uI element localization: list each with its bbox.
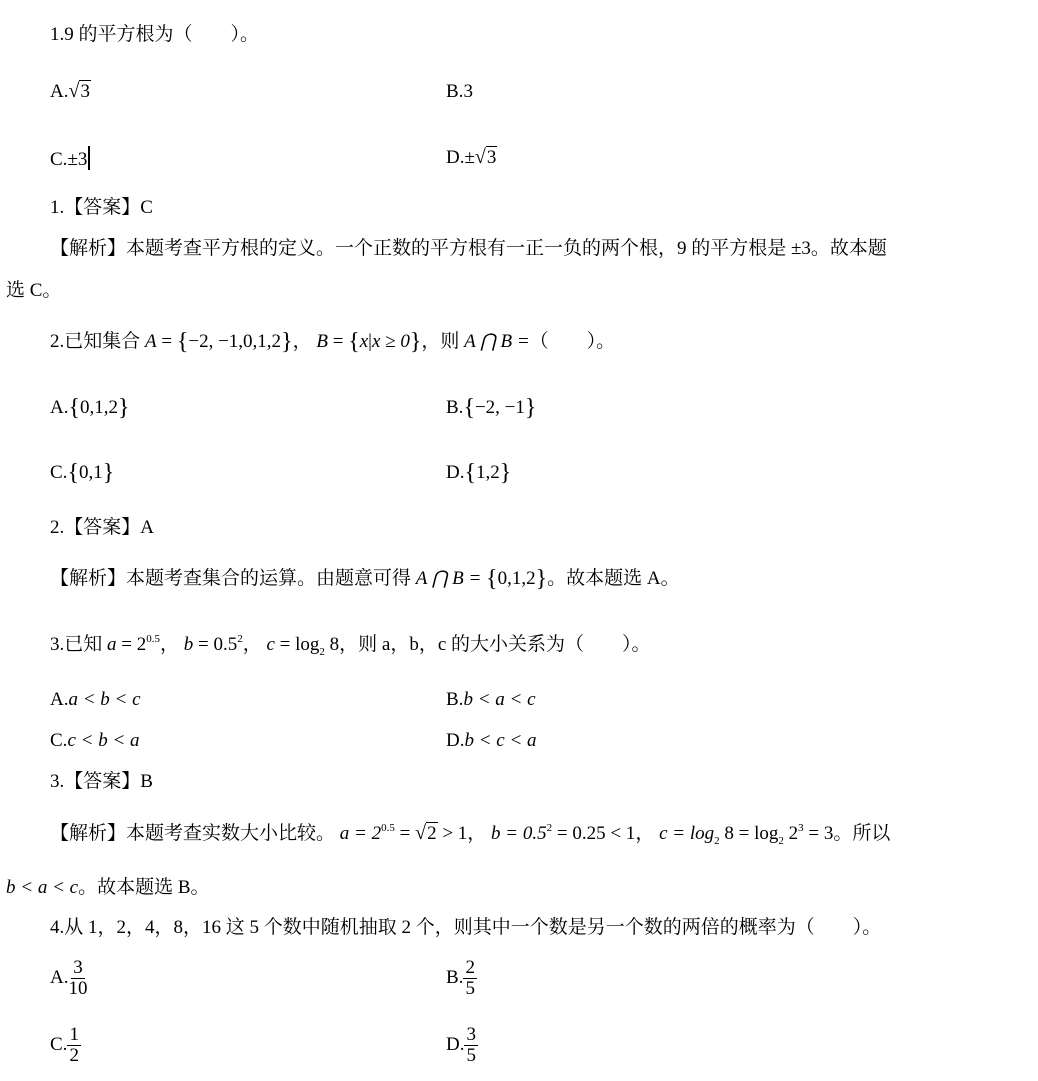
q2-option-b[interactable]: B.{−2, −1}	[446, 396, 536, 420]
sqrt-symbol: 3	[475, 146, 498, 170]
q3-option-b[interactable]: B.b < a < c	[446, 688, 536, 712]
q3-stem: 3.已知 a = 20.5， b = 0.52， c = log2 8，则 a，…	[50, 633, 651, 657]
q2-option-a[interactable]: A.{0,1,2}	[50, 396, 130, 420]
q1-option-c[interactable]: C.±3	[50, 146, 90, 172]
q4-option-d[interactable]: D.35	[446, 1025, 478, 1066]
q4-option-a[interactable]: A.310	[50, 958, 87, 999]
q2-analysis: 【解析】本题考查集合的运算。由题意可得 A ⋂ B = {0,1,2}。故本题选…	[50, 567, 680, 591]
q3-answer: 3.【答案】B	[50, 770, 153, 794]
q4-option-c[interactable]: C.12	[50, 1025, 81, 1066]
fraction: 35	[464, 1025, 478, 1066]
q2-option-c[interactable]: C.{0,1}	[50, 461, 114, 485]
q2-option-d[interactable]: D.{1,2}	[446, 461, 511, 485]
q2-answer: 2.【答案】A	[50, 516, 154, 540]
q1-option-b[interactable]: B.3	[446, 80, 473, 104]
q2-stem: 2.已知集合 A = {−2, −1,0,1,2}， B = {x|x ≥ 0}…	[50, 330, 615, 354]
fraction: 310	[68, 958, 87, 999]
q3-analysis: 【解析】本题考查实数大小比较。 a = 20.5 = 2 > 1， b = 0.…	[50, 822, 890, 846]
q3-analysis-cont: b < a < c。故本题选 B。	[6, 876, 210, 900]
sqrt-symbol: 3	[68, 80, 91, 104]
q1-answer: 1.【答案】C	[50, 196, 153, 220]
q4-stem: 4.从 1，2，4，8，16 这 5 个数中随机抽取 2 个，则其中一个数是另一…	[50, 916, 881, 940]
q3-option-d[interactable]: D.b < c < a	[446, 729, 537, 753]
q1-option-d[interactable]: D.±3	[446, 146, 497, 170]
text-cursor	[88, 146, 90, 170]
q1-analysis: 【解析】本题考查平方根的定义。一个正数的平方根有一正一负的两个根，9 的平方根是…	[50, 237, 887, 261]
q4-option-b[interactable]: B.25	[446, 958, 477, 999]
q3-option-c[interactable]: C.c < b < a	[50, 729, 140, 753]
q1-analysis-cont: 选 C。	[6, 279, 61, 303]
option-label: A.	[50, 81, 68, 102]
q1-option-a[interactable]: A.3	[50, 80, 91, 104]
fraction: 12	[67, 1025, 81, 1066]
q1-stem: 1.9 的平方根为（ ）。	[50, 23, 259, 47]
fraction: 25	[463, 958, 477, 999]
sqrt-symbol: 2	[415, 822, 438, 846]
q3-option-a[interactable]: A.a < b < c	[50, 688, 141, 712]
